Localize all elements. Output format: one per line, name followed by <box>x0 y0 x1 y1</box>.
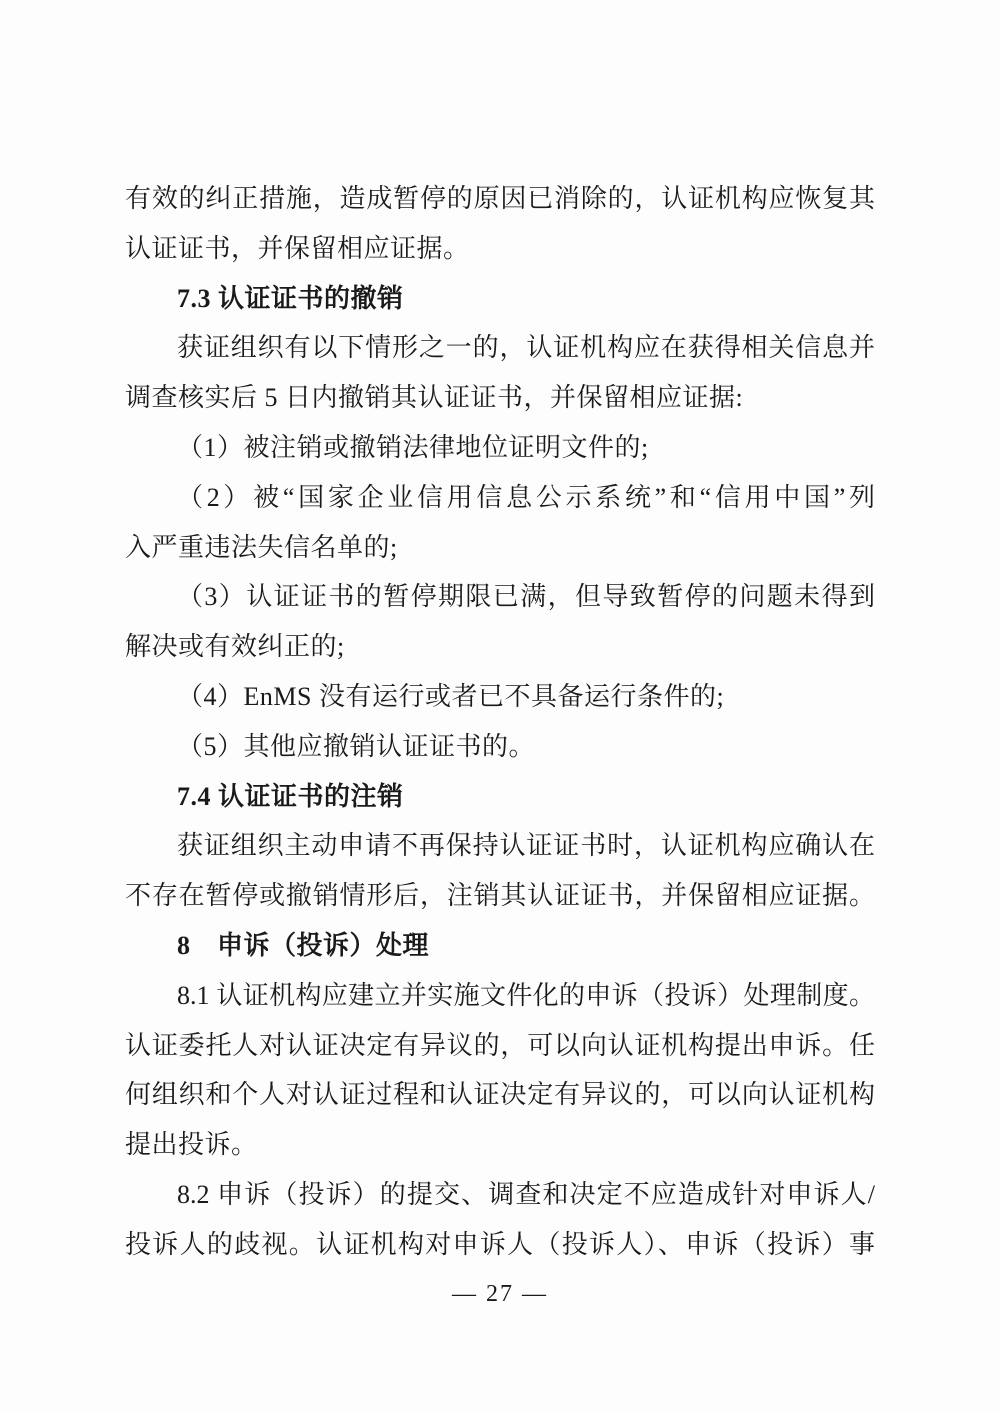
document-page: 有效的纠正措施，造成暂停的原因已消除的，认证机构应恢复其认证证书，并保留相应证据… <box>0 0 1000 1414</box>
text-line: 获证组织有以下情形之一的，认证机构应在获得相关信息并 <box>125 323 875 373</box>
text-line: 入严重违法失信名单的; <box>125 523 875 573</box>
text-line: （2）被“国家企业信用信息公示系统”和“信用中国”列 <box>125 473 875 523</box>
text-line: 有效的纠正措施，造成暂停的原因已消除的，认证机构应恢复其 <box>125 174 875 224</box>
text-line: 认证证书，并保留相应证据。 <box>125 224 875 274</box>
section-heading-line: 7.4 认证证书的注销 <box>125 772 875 822</box>
text-line: 认证委托人对认证决定有异议的，可以向认证机构提出申诉。任 <box>125 1021 875 1071</box>
text-line: 不存在暂停或撤销情形后，注销其认证证书，并保留相应证据。 <box>125 871 875 921</box>
text-line: 调查核实后 5 日内撤销其认证证书，并保留相应证据: <box>125 373 875 423</box>
text-line: （1）被注销或撤销法律地位证明文件的; <box>125 423 875 473</box>
text-line: 8.1 认证机构应建立并实施文件化的申诉（投诉）处理制度。 <box>125 971 875 1021</box>
text-line: 投诉人的歧视。认证机构对申诉人（投诉人）、申诉（投诉）事 <box>125 1220 875 1270</box>
text-line: 8.2 申诉（投诉）的提交、调查和决定不应造成针对申诉人/ <box>125 1170 875 1220</box>
text-line: 获证组织主动申请不再保持认证证书时，认证机构应确认在 <box>125 821 875 871</box>
text-line: （5）其他应撤销认证证书的。 <box>125 722 875 772</box>
text-line: （4）EnMS 没有运行或者已不具备运行条件的; <box>125 672 875 722</box>
text-line: 提出投诉。 <box>125 1120 875 1170</box>
text-line: （3）认证证书的暂停期限已满，但导致暂停的问题未得到 <box>125 572 875 622</box>
text-line: 何组织和个人对认证过程和认证决定有异议的，可以向认证机构 <box>125 1070 875 1120</box>
page-number: — 27 — <box>0 1281 1000 1308</box>
section-heading-line: 7.3 认证证书的撤销 <box>125 274 875 324</box>
document-body: 有效的纠正措施，造成暂停的原因已消除的，认证机构应恢复其认证证书，并保留相应证据… <box>125 174 875 1270</box>
text-line: 解决或有效纠正的; <box>125 622 875 672</box>
section-heading-line: 8 申诉（投诉）处理 <box>125 921 875 971</box>
